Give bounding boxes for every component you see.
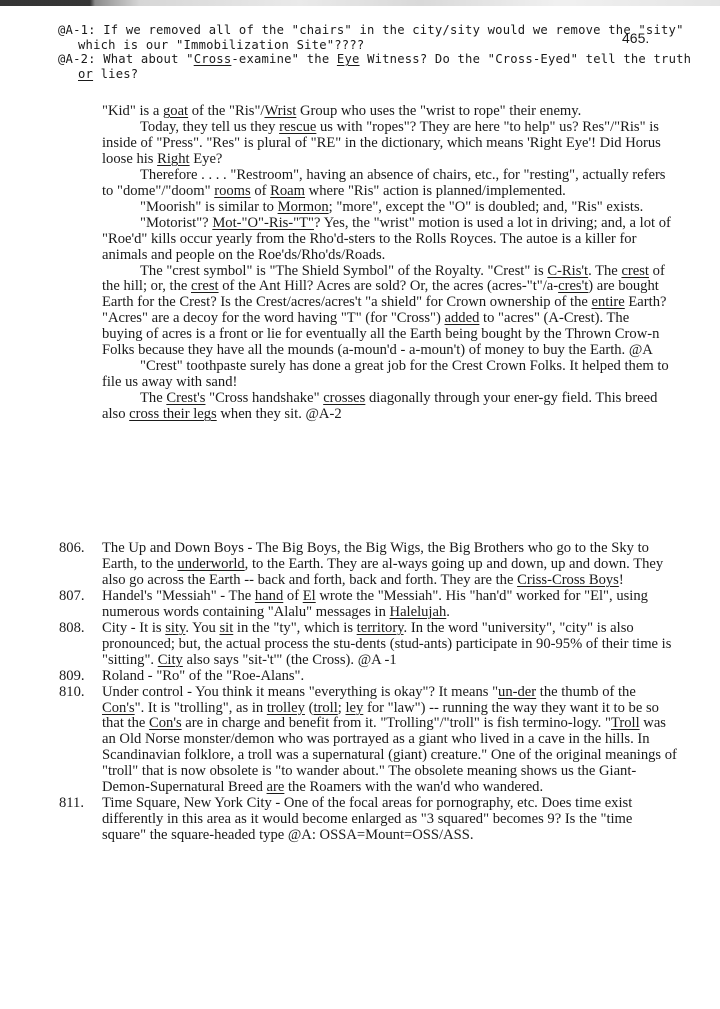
underlined-word: troll [313, 700, 337, 716]
entry-number: 810. [59, 685, 102, 797]
entry-number: 811. [59, 796, 102, 844]
entry-text: Roland - "Ro" of the "Roe-Alans". [102, 669, 679, 685]
question-label: @A-1: [58, 23, 96, 37]
underlined-word: territory [357, 620, 404, 636]
underlined-word: Eye [337, 52, 360, 66]
question-label: @A-2: [58, 52, 96, 66]
underlined-word: Roam [270, 183, 305, 199]
underlined-word: entire [592, 294, 625, 310]
underlined-word: hand [255, 588, 283, 604]
underlined-word: cross their legs [129, 406, 217, 422]
underlined-word: Halelujah [390, 604, 447, 620]
underlined-word: Troll [611, 715, 640, 731]
entry-item: 809.Roland - "Ro" of the "Roe-Alans". [59, 669, 679, 685]
underlined-word: crosses [323, 390, 365, 406]
underlined-word: underworld [177, 556, 244, 572]
entry-number: 806. [59, 541, 102, 589]
header-questions: @A-1: If we removed all of the "chairs" … [58, 23, 698, 81]
underlined-word: ley [345, 700, 363, 716]
question-a2: @A-2: What about "Cross-examine" the Eye… [58, 52, 698, 81]
underlined-word: crest [191, 278, 219, 294]
underlined-word: sity [165, 620, 185, 636]
underlined-word: rescue [279, 119, 316, 135]
entry-text: City - It is sity. You sit in the "ty", … [102, 621, 679, 669]
question-a1: @A-1: If we removed all of the "chairs" … [58, 23, 698, 52]
underlined-word: Con's [149, 715, 182, 731]
underlined-word: Wrist [264, 103, 296, 119]
underlined-word: Criss-Cross Boys [517, 572, 619, 588]
underlined-word: Crest's [166, 390, 205, 406]
entry-item: 806.The Up and Down Boys - The Big Boys,… [59, 541, 679, 589]
underlined-word: or [78, 67, 93, 81]
entry-item: 808.City - It is sity. You sit in the "t… [59, 621, 679, 669]
underlined-word: sit [219, 620, 233, 636]
entry-text: Time Square, New York City - One of the … [102, 796, 679, 844]
underlined-word: Con's [102, 700, 135, 716]
entry-text: The Up and Down Boys - The Big Boys, the… [102, 541, 679, 589]
entry-number: 808. [59, 621, 102, 669]
entry-item: 811.Time Square, New York City - One of … [59, 796, 679, 844]
entry-number: 807. [59, 589, 102, 621]
body-paragraph: "Crest" toothpaste surely has done a gre… [102, 359, 672, 391]
numbered-entries: 806.The Up and Down Boys - The Big Boys,… [59, 541, 679, 844]
entry-item: 807.Handel's "Messiah" - The hand of El … [59, 589, 679, 621]
underlined-word: C-Ris't [547, 263, 588, 279]
entry-text: Under control - You think it means "ever… [102, 685, 679, 797]
underlined-word: un-der [498, 684, 536, 700]
underlined-word: added [445, 310, 480, 326]
underlined-word: City [158, 652, 183, 668]
underlined-word: crest [621, 263, 649, 279]
underlined-word: Cross [194, 52, 232, 66]
body-paragraphs: "Kid" is a goat of the "Ris"/Wrist Group… [102, 104, 672, 423]
underlined-word: rooms [214, 183, 250, 199]
body-paragraph: The "crest symbol" is "The Shield Symbol… [102, 264, 672, 360]
body-paragraph: "Kid" is a goat of the "Ris"/Wrist Group… [102, 104, 672, 120]
underlined-word: Right [157, 151, 189, 167]
scan-edge-artifact [0, 0, 720, 6]
body-paragraph: "Motorist"? Mot-"O"-Ris-"T"? Yes, the "w… [102, 216, 672, 264]
entry-text: Handel's "Messiah" - The hand of El wrot… [102, 589, 679, 621]
underlined-word: are [267, 779, 285, 795]
underlined-word: El [303, 588, 316, 604]
body-paragraph: Therefore . . . . "Restroom", having an … [102, 168, 672, 200]
underlined-word: trolley [267, 700, 305, 716]
body-paragraph: The Crest's "Cross handshake" crosses di… [102, 391, 672, 423]
underlined-word: Mormon [278, 199, 329, 215]
underlined-word: Mot-"O"-Ris-"T" [212, 215, 314, 231]
question-text: If we removed all of the "chairs" in the… [78, 23, 684, 52]
question-text: What about "Cross-examine" the Eye Witne… [78, 52, 691, 81]
entry-item: 810.Under control - You think it means "… [59, 685, 679, 797]
body-paragraph: Today, they tell us they rescue us with … [102, 120, 672, 168]
body-paragraph: "Moorish" is similar to Mormon; "more", … [102, 200, 672, 216]
underlined-word: cres't [558, 278, 588, 294]
underlined-word: goat [163, 103, 188, 119]
entry-number: 809. [59, 669, 102, 685]
